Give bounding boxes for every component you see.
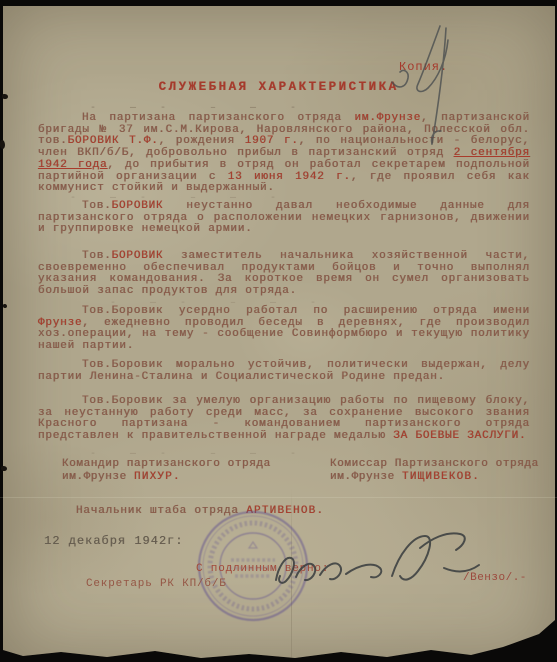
paragraph-agitation: Тов.Боровик усердно работал по расширени…	[38, 306, 530, 353]
secretary-line: Секретарь РК КП/б/Б	[86, 578, 227, 590]
commissar-name: ТИЩИВЕКОВ.	[402, 471, 480, 483]
commander-role: Командир партизанского отряда	[62, 458, 312, 471]
scanned-document-photo: Копия. СЛУЖЕБНАЯ ХАРАКТЕРИСТИКА - — - – …	[0, 0, 557, 662]
handwritten-pencil-mark	[388, 22, 478, 147]
commander-name: ПИХУР.	[134, 471, 181, 483]
edge-speck	[2, 94, 8, 99]
commander-unit: им.Фрунзе	[62, 471, 127, 483]
signature-commander: Командир партизанского отряда им.Фрунзе …	[62, 458, 312, 484]
paragraph-loyalty: Тов.Боровик морально устойчив, политичес…	[38, 360, 530, 383]
fold-crease-horizontal	[0, 497, 557, 498]
paragraph-award: Тов.Боровик за умелую организацию работы…	[38, 396, 530, 443]
date-line: 12 декабря 1942г:	[44, 534, 183, 548]
signature-commissar: Комиссар Партизанского отряда им.Фрунзе …	[330, 458, 555, 484]
edge-speck	[3, 304, 7, 308]
edge-speck	[0, 140, 5, 149]
paragraph-intel: Тов.БОРОВИК неустанно давал необходимые …	[38, 201, 530, 236]
paragraph-supply: Тов.БОРОВИК заместитель начальника хозяй…	[38, 251, 530, 298]
handwritten-signature	[268, 526, 486, 596]
edge-speck	[1, 466, 7, 471]
commissar-role: Комиссар Партизанского отряда	[330, 458, 555, 471]
commissar-unit: им.Фрунзе	[330, 471, 395, 483]
